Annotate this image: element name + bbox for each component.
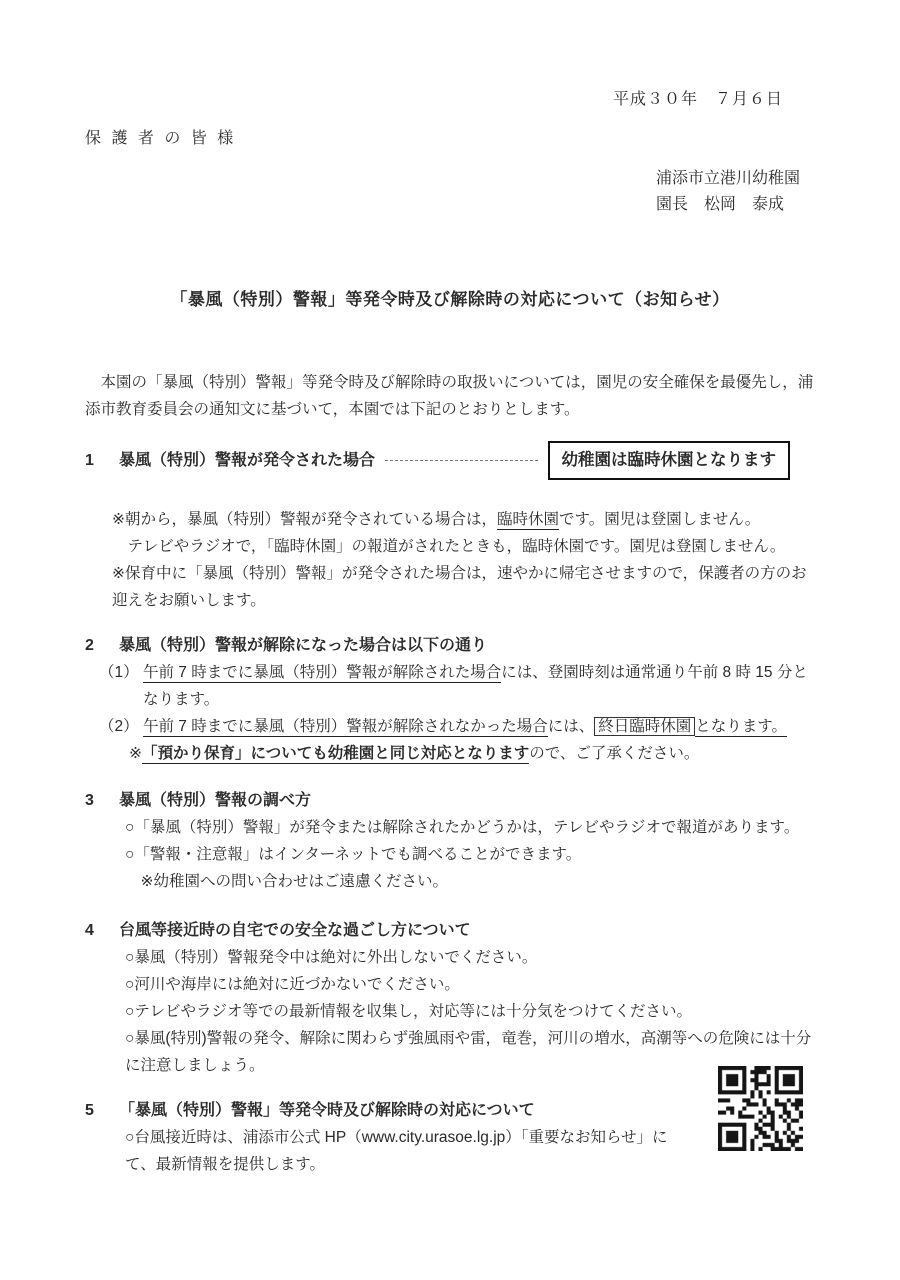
note-line: ※「預かり保育」についても幼稚園と同じ対応となりますので、ご了承ください。 — [99, 740, 815, 767]
note-line: ※幼稚園への問い合わせはご遠慮ください。 — [125, 868, 815, 895]
section-heading: 「暴風（特別）警報」等発令時及び解除時の対応について — [119, 1097, 535, 1124]
sender-principal: 園長 松岡 泰成 — [656, 192, 800, 218]
section-4-lines: ○暴風（特別）警報発令中は絶対に外出しないでください。 ○河川や海岸には絶対に近… — [85, 944, 815, 1079]
section-3-lines: ○「暴風（特別）警報」が発令または解除されたかどうかは，テレビやラジオで報道があ… — [85, 814, 815, 895]
item-text: 午前 7 時までに暴風（特別）警報が解除されなかった場合には、終日臨時休園となり… — [143, 713, 815, 740]
section-number: 2 — [85, 632, 119, 659]
item-label: （1） — [99, 659, 143, 713]
document-date: 平成３０年 ７月６日 — [85, 86, 815, 113]
qr-code — [718, 1066, 803, 1151]
bullet-line: ○暴風(特別)警報の発令、解除に関わらず強風雨や雷，竜巻，河川の増水，高潮等への… — [125, 1025, 815, 1079]
section-1-heading-row: 1 暴風（特別）警報が発令された場合 幼稚園は臨時休園となります — [85, 441, 815, 480]
note-line: ※朝から，暴風（特別）警報が発令されている場合は，臨時休園です。園児は登園しませ… — [112, 506, 815, 533]
section-heading: 暴風（特別）警報が発令された場合 — [119, 447, 375, 474]
section-number: 3 — [85, 787, 119, 814]
section-5: 5 「暴風（特別）警報」等発令時及び解除時の対応について ○台風接近時は、浦添市… — [85, 1097, 815, 1178]
recipient-line: 保 護 者 の 皆 様 — [85, 125, 815, 152]
bullet-line: ○河川や海岸には絶対に近づかないでください。 — [125, 971, 815, 998]
bullet-line: ○暴風（特別）警報発令中は絶対に外出しないでください。 — [125, 944, 815, 971]
section-1-notes: ※朝から，暴風（特別）警報が発令されている場合は，臨時休園です。園児は登園しませ… — [85, 506, 815, 614]
section-3-heading-row: 3 暴風（特別）警報の調べ方 — [85, 787, 815, 814]
list-item: （2） 午前 7 時までに暴風（特別）警報が解除されなかった場合には、終日臨時休… — [99, 713, 815, 740]
section-4: 4 台風等接近時の自宅での安全な過ごし方について ○暴風（特別）警報発令中は絶対… — [85, 917, 815, 1079]
section-2-items: （1） 午前 7 時までに暴風（特別）警報が解除された場合には、登園時刻は通常通… — [85, 659, 815, 767]
document-title: 「暴風（特別）警報」等発令時及び解除時の対応について（お知らせ） — [85, 286, 815, 313]
section-5-lines: ○台風接近時は、浦添市公式 HP（www.city.urasoe.lg.jp）「… — [85, 1124, 685, 1178]
bullet-line: ○「警報・注意報」はインターネットでも調べることができます。 — [125, 841, 815, 868]
item-text: 午前 7 時までに暴風（特別）警報が解除された場合には、登園時刻は通常通り午前 … — [143, 659, 815, 713]
sender-organization: 浦添市立港川幼稚園 — [656, 166, 800, 192]
sender-block: 浦添市立港川幼稚園 園長 松岡 泰成 — [85, 166, 815, 218]
section-number: 1 — [85, 447, 119, 474]
section-2-heading-row: 2 暴風（特別）警報が解除になった場合は以下の通り — [85, 632, 815, 659]
bullet-line: ○「暴風（特別）警報」が発令または解除されたかどうかは，テレビやラジオで報道があ… — [125, 814, 815, 841]
section-2: 2 暴風（特別）警報が解除になった場合は以下の通り （1） 午前 7 時までに暴… — [85, 632, 815, 767]
section-number: 4 — [85, 917, 119, 944]
section-1: 1 暴風（特別）警報が発令された場合 幼稚園は臨時休園となります ※朝から，暴風… — [85, 441, 815, 614]
closure-notice-box: 幼稚園は臨時休園となります — [548, 441, 791, 480]
section-5-heading-row: 5 「暴風（特別）警報」等発令時及び解除時の対応について — [85, 1097, 815, 1124]
intro-paragraph: 本園の「暴風（特別）警報」等発令時及び解除時の取扱いについては，園児の安全確保を… — [85, 369, 815, 423]
bullet-line: ○台風接近時は、浦添市公式 HP（www.city.urasoe.lg.jp）「… — [125, 1124, 685, 1178]
note-line: ※保育中に「暴風（特別）警報」が発令された場合は，速やかに帰宅させますので，保護… — [112, 560, 815, 614]
section-4-heading-row: 4 台風等接近時の自宅での安全な過ごし方について — [85, 917, 815, 944]
section-heading: 台風等接近時の自宅での安全な過ごし方について — [119, 917, 471, 944]
section-3: 3 暴風（特別）警報の調べ方 ○「暴風（特別）警報」が発令または解除されたかどう… — [85, 787, 815, 895]
section-heading: 暴風（特別）警報の調べ方 — [119, 787, 311, 814]
note-line: テレビやラジオで，「臨時休園」の報道がされたときも，臨時休園です。園児は登園しま… — [112, 533, 815, 560]
dashed-connector-line — [385, 460, 537, 461]
item-label: （2） — [99, 713, 143, 740]
list-item: （1） 午前 7 時までに暴風（特別）警報が解除された場合には、登園時刻は通常通… — [99, 659, 815, 713]
bullet-line: ○テレビやラジオ等での最新情報を収集し，対応等には十分気をつけてください。 — [125, 998, 815, 1025]
section-heading: 暴風（特別）警報が解除になった場合は以下の通り — [119, 632, 487, 659]
section-number: 5 — [85, 1097, 119, 1124]
document-page: 平成３０年 ７月６日 保 護 者 の 皆 様 浦添市立港川幼稚園 園長 松岡 泰… — [0, 0, 900, 1280]
